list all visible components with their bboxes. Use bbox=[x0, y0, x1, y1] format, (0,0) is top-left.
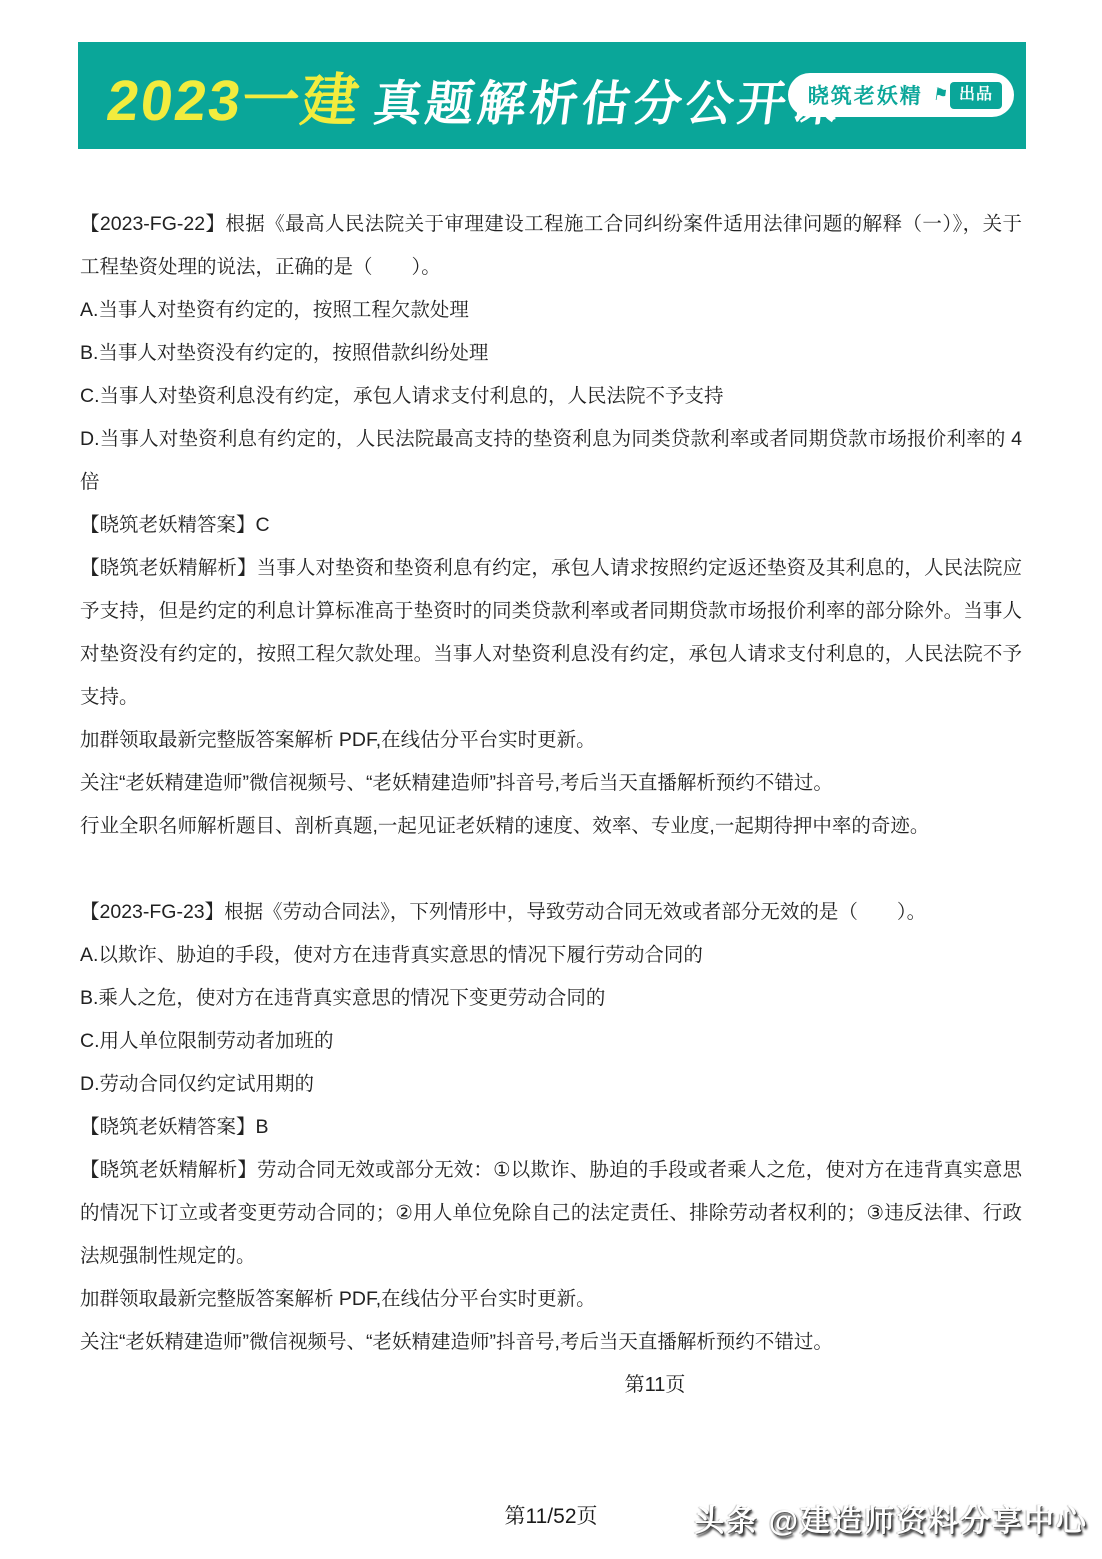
question-22-answer-line: 【晓筑老妖精答案】C bbox=[80, 504, 1022, 547]
question-23-answer-line: 【晓筑老妖精答案】B bbox=[80, 1106, 1022, 1149]
brand-badge: 晓筑老妖精 ⚑ 出品 bbox=[788, 73, 1014, 117]
question-23-option-c: C.用人单位限制劳动者加班的 bbox=[80, 1020, 1022, 1063]
note-line: 加群领取最新完整版答案解析 PDF,在线估分平台实时更新。 bbox=[80, 719, 1022, 762]
question-22-option-b: B.当事人对垫资没有约定的，按照借款纠纷处理 bbox=[80, 332, 1022, 375]
banner-title: 2023一建 真题解析估分公开课 bbox=[103, 55, 848, 137]
toutiao-watermark: 头条 @建造师资料分享中心 bbox=[694, 1496, 1088, 1540]
course-banner: 2023一建 真题解析估分公开课 晓筑老妖精 ⚑ 出品 bbox=[78, 42, 1026, 149]
brand-produced-tag: 出品 bbox=[950, 82, 1002, 109]
note-line: 加群领取最新完整版答案解析 PDF,在线估分平台实时更新。 bbox=[80, 1278, 1022, 1321]
note-line: 行业全职名师解析题目、剖析真题,一起见证老妖精的速度、效率、专业度,一起期待押中… bbox=[80, 805, 1022, 848]
question-22-analysis: 【晓筑老妖精解析】当事人对垫资和垫资利息有约定，承包人请求按照约定返还垫资及其利… bbox=[80, 547, 1022, 719]
brand-name-text: 晓筑老妖精 bbox=[808, 80, 923, 110]
question-23-analysis: 【晓筑老妖精解析】劳动合同无效或部分无效：①以欺诈、胁迫的手段或者乘人之危，使对… bbox=[80, 1149, 1022, 1278]
question-23-stem: 【2023-FG-23】根据《劳动合同法》，下列情形中，导致劳动合同无效或者部分… bbox=[80, 891, 1022, 934]
paragraph-gap bbox=[80, 848, 1022, 891]
banner-year-text: 2023一建 bbox=[103, 55, 366, 137]
flag-icon: ⚑ bbox=[931, 85, 949, 105]
question-22-option-d: D.当事人对垫资利息有约定的，人民法院最高支持的垫资利息为同类贷款利率或者同期贷… bbox=[80, 418, 1022, 504]
note-line: 关注“老妖精建造师”微信视频号、“老妖精建造师”抖音号,考后当天直播解析预约不错… bbox=[80, 762, 1022, 805]
question-22-stem: 【2023-FG-22】根据《最高人民法院关于审理建设工程施工合同纠纷案件适用法… bbox=[80, 203, 1022, 289]
note-line: 关注“老妖精建造师”微信视频号、“老妖精建造师”抖音号,考后当天直播解析预约不错… bbox=[80, 1321, 1022, 1364]
question-22-option-a: A.当事人对垫资有约定的，按照工程欠款处理 bbox=[80, 289, 1022, 332]
question-22-option-c: C.当事人对垫资利息没有约定，承包人请求支付利息的，人民法院不予支持 bbox=[80, 375, 1022, 418]
question-23-option-b: B.乘人之危，使对方在违背真实意思的情况下变更劳动合同的 bbox=[80, 977, 1022, 1020]
page-number-label: 第11页 bbox=[184, 1364, 1102, 1407]
question-23-option-d: D.劳动合同仅约定试用期的 bbox=[80, 1063, 1022, 1106]
banner-course-title: 真题解析估分公开课 bbox=[370, 65, 846, 134]
document-body: 【2023-FG-22】根据《最高人民法院关于审理建设工程施工合同纠纷案件适用法… bbox=[80, 203, 1022, 1407]
question-23-option-a: A.以欺诈、胁迫的手段，使对方在违背真实意思的情况下履行劳动合同的 bbox=[80, 934, 1022, 977]
